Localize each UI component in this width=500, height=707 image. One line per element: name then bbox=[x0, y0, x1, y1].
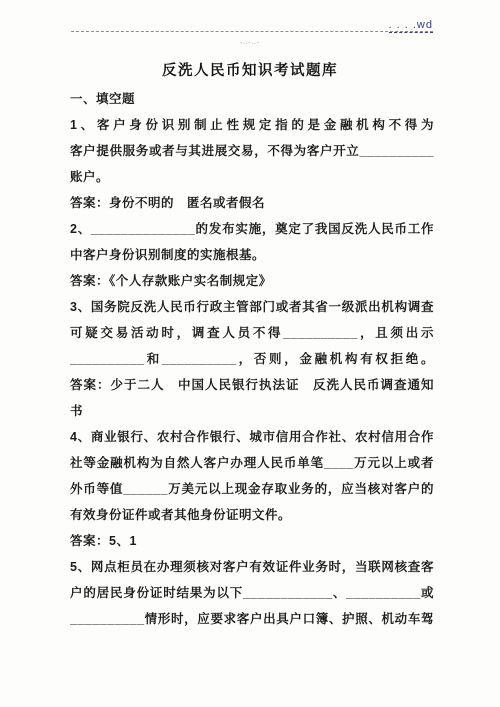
question-3-line-2: 可疑交易活动时，调查人员不得__________，且须出示 bbox=[70, 320, 434, 346]
answer-1: 答案：身份不明的 匿名或者假名 bbox=[70, 190, 434, 216]
question-2-line-2: 中客户身份识别制度的实施根基。 bbox=[70, 242, 434, 268]
document-body: 一、填空题 1、客户身份识别制止性规定指的是金融机构不得为__________ … bbox=[70, 86, 434, 632]
header-dashed-line bbox=[71, 24, 433, 32]
document-page: . . . .wd -..-..- 反洗人民币知识考试题库 一、填空题 1、客户… bbox=[0, 0, 500, 707]
question-4-line-4: 有效身份证件或者其他身份证明文件。 bbox=[70, 502, 434, 528]
question-4-line-3: 外币等值______万美元以上现金存取业务的，应当核对客户的 bbox=[70, 476, 434, 502]
header-tiny-marks: -..-..- bbox=[0, 40, 500, 47]
question-5-line-3: __________情形时，应要求客户出具户口簿、护照、机动车驾 bbox=[70, 606, 434, 632]
question-2-line-1: 2、______________的发布实施，奠定了我国反洗人民币工作 bbox=[70, 216, 434, 242]
section-heading: 一、填空题 bbox=[70, 86, 434, 112]
question-3-line-3: __________和__________，否则，金融机构有权拒绝。 bbox=[70, 346, 434, 372]
question-1-line-1: 1、客户身份识别制止性规定指的是金融机构不得为__________ bbox=[70, 112, 434, 138]
answer-2: 答案：《个人存款账户实名制规定》 bbox=[70, 268, 434, 294]
question-4-line-2: 社等金融机构为自然人客户办理人民币单笔____万元以上或者 bbox=[70, 450, 434, 476]
answer-3-line-1: 答案：少于二人 中国人民银行执法证 反洗人民币调查通知 bbox=[70, 372, 434, 398]
answer-4: 答案：5、1 bbox=[70, 528, 434, 554]
question-1-line-3: 账户。 bbox=[70, 164, 434, 190]
question-1-line-2: 客户提供服务或者与其进展交易，不得为客户开立__________ bbox=[70, 138, 434, 164]
question-5-line-2: 户的居民身份证时结果为以下____________、__________或 bbox=[70, 580, 434, 606]
question-3-line-1: 3、国务院反洗人民币行政主管部门或者其省一级派出机构调查 bbox=[70, 294, 434, 320]
page-title: 反洗人民币知识考试题库 bbox=[0, 59, 500, 80]
answer-3-line-2: 书 bbox=[70, 398, 434, 424]
watermark-wd-link[interactable]: . . . .wd bbox=[389, 19, 433, 33]
question-5-line-1: 5、网点柜员在办理须核对客户有效证件业务时，当联网核查客 bbox=[70, 554, 434, 580]
question-4-line-1: 4、商业银行、农村合作银行、城市信用合作社、农村信用合作 bbox=[70, 424, 434, 450]
